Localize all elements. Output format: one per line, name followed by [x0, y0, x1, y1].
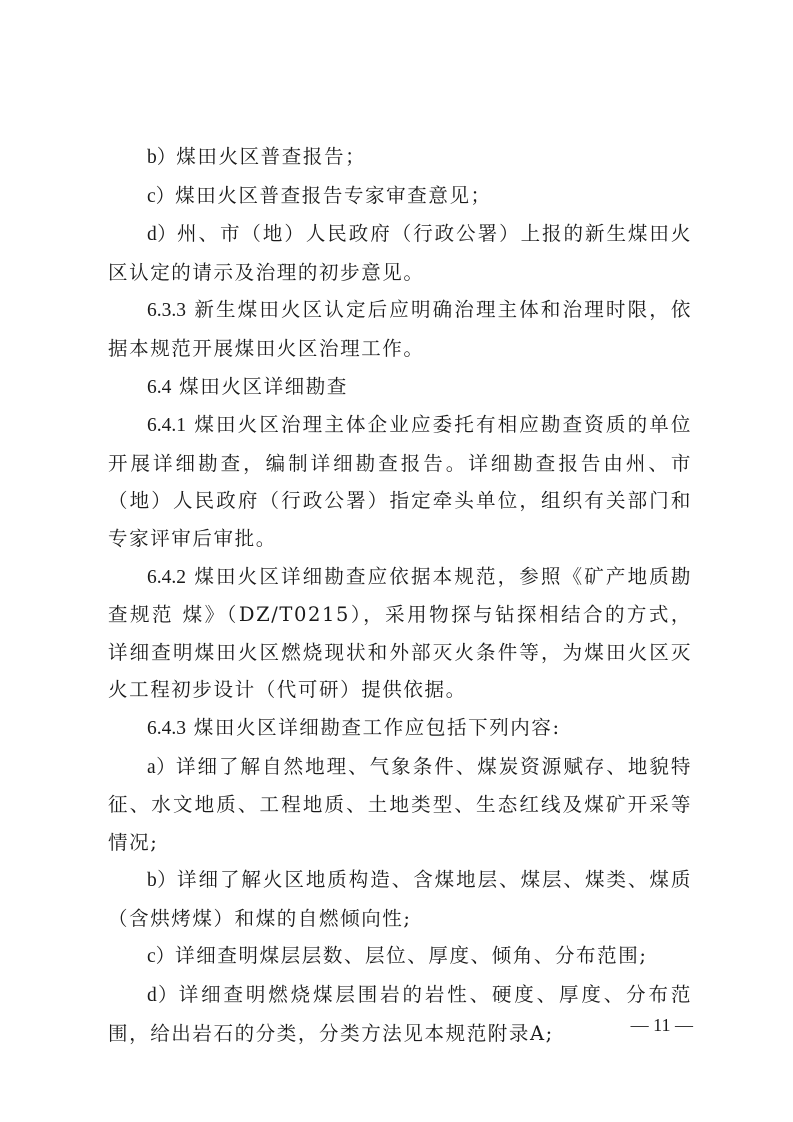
clause-number: 6.4.2: [147, 567, 186, 588]
clause-6-4-1: 6.4.1 煤田火区治理主体企业应委托有相应勘查资质的单位开展详细勘查，编制详细…: [108, 406, 692, 557]
page-number: — 11 —: [631, 1015, 693, 1036]
item-text: 州、市（地）人民政府（行政公署）上报的新生煤田火区认定的请示及治理的初步意见。: [108, 222, 692, 284]
list-item-a: a）详细了解自然地理、气象条件、煤炭资源赋存、地貌特征、水文地质、工程地质、土地…: [108, 748, 692, 862]
item-text: 煤田火区普查报告；: [176, 145, 366, 168]
list-item-c: c）详细查明煤层层数、层位、厚度、倾角、分布范围;: [108, 937, 692, 976]
section-title: 煤田火区详细勘查: [171, 375, 348, 398]
item-label: d）: [147, 224, 177, 245]
item-label: b）: [147, 870, 177, 891]
clause-6-4-3: 6.4.3 煤田火区详细勘查工作应包括下列内容:: [108, 709, 692, 748]
item-text: 煤田火区普查报告专家审查意见；: [175, 184, 492, 207]
list-item-b: b）详细了解火区地质构造、含煤地层、煤层、煤类、煤质（含烘烤煤）和煤的自燃倾向性…: [108, 861, 692, 937]
item-label: c）: [147, 946, 175, 967]
clause-6-3-3: 6.3.3 新生煤田火区认定后应明确治理主体和治理时限，依据本规范开展煤田火区治…: [108, 291, 692, 367]
list-item-d: d）州、市（地）人民政府（行政公署）上报的新生煤田火区认定的请示及治理的初步意见…: [108, 215, 692, 291]
item-text: 详细查明煤层层数、层位、厚度、倾角、分布范围;: [175, 944, 647, 967]
item-label: d）: [147, 985, 179, 1006]
item-label: b）: [147, 147, 176, 168]
section-heading-6-4: 6.4 煤田火区详细勘查: [108, 368, 692, 407]
list-item-b: b）煤田火区普查报告；: [108, 138, 692, 177]
page-footer: — 11 —: [0, 1015, 793, 1036]
item-text: 详细了解自然地理、气象条件、煤炭资源赋存、地貌特征、水文地质、工程地质、土地类型…: [108, 755, 692, 854]
section-number: 6.4: [147, 377, 171, 398]
clause-6-4-2: 6.4.2 煤田火区详细勘查应依据本规范，参照《矿产地质勘查规范 煤》（DZ/T…: [108, 558, 692, 709]
clause-text: 煤田火区详细勘查应依据本规范，参照《矿产地质勘查规范 煤》（DZ/T0215），…: [108, 565, 692, 702]
clause-number: 6.4.3: [147, 718, 186, 739]
clause-text: 煤田火区治理主体企业应委托有相应勘查资质的单位开展详细勘查，编制详细勘查报告。详…: [108, 413, 692, 550]
clause-number: 6.4.1: [147, 415, 186, 436]
clause-text: 煤田火区详细勘查工作应包括下列内容:: [186, 716, 561, 739]
clause-text: 新生煤田火区认定后应明确治理主体和治理时限，依据本规范开展煤田火区治理工作。: [108, 298, 692, 360]
item-label: c）: [147, 186, 175, 207]
clause-number: 6.3.3: [147, 300, 186, 321]
list-item-c: c）煤田火区普查报告专家审查意见；: [108, 177, 692, 216]
document-body: b）煤田火区普查报告； c）煤田火区普查报告专家审查意见； d）州、市（地）人民…: [108, 138, 692, 1052]
item-label: a）: [147, 757, 176, 778]
item-text: 详细了解火区地质构造、含煤地层、煤层、煤类、煤质（含烘烤煤）和煤的自燃倾向性;: [108, 868, 692, 930]
